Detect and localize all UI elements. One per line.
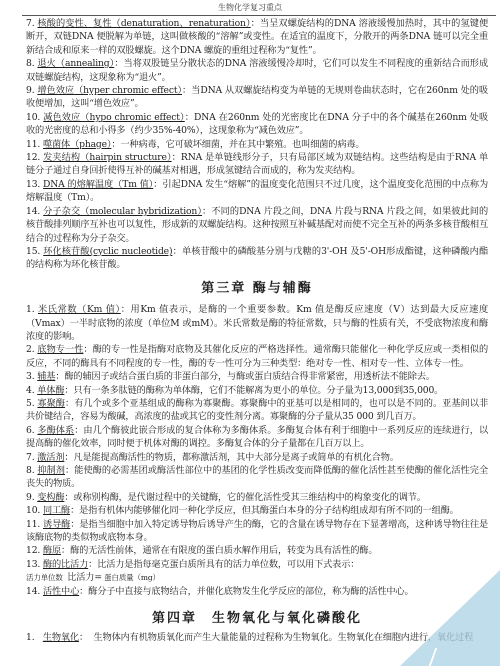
separator: ： [172,152,181,163]
term: 生物氧化 [43,632,79,643]
term: DNA 的熔解温度（Tm 值） [43,179,153,190]
item-number: 6. [26,425,34,436]
definition-text: 酶的专一性是指酶对底物及其催化反应的严格选择性。通常酶只能催化一种化学反应或一类… [26,344,488,368]
term: 发夹结构（hairpin structure） [43,152,171,163]
item-number: 8. [26,465,34,476]
term: 寡聚酶 [37,398,65,409]
definition-item: 11. 噬菌体（phage）：一种病毒，它可破坏细菌，并在其中繁殖。也叫细菌的病… [26,138,488,151]
definition-item: 15. 环化核苷酸(cyclic nucleotide)：单核苷酸中的磷酸基分别… [26,245,488,272]
definition-text: 一种病毒，它可破坏细菌，并在其中繁殖。也叫细菌的病毒。 [120,139,364,150]
term: 变构酶 [37,492,64,503]
separator: ： [61,545,70,556]
separator: ： [79,586,88,597]
formula-label: 比活力= [67,572,102,583]
definition-text: 或称别构酶，是代谢过程中的关键酶，它的催化活性受其三维结构中的构象变化的调节。 [73,492,425,503]
separator: ： [88,559,97,570]
separator: ： [202,206,211,217]
term: 诱导酶 [43,519,70,530]
separator: ： [65,398,74,409]
separator: ： [182,85,191,96]
separator: ： [83,344,92,355]
term: 噬菌体（phage） [43,139,111,150]
definition-item: 3. 辅基：酶的辅因子或结合蛋白质的非蛋白部分，与酶或蛋白质结合得非常紧密，用透… [26,370,488,383]
definition-item: 2. 底物专一性：酶的专一性是指酶对底物及其催化反应的严格选择性。通常酶只能催化… [26,343,488,370]
definition-text: 有几个或多个亚基组成的酶称为寡聚酶。寡聚酶中的亚基可以是相同的，也可以是不同的。… [26,398,488,422]
definition-text: 比活力是指每毫克蛋白质所具有的活力单位数，可以用下式表示： [97,559,359,570]
chapter2-items: 7. 核酸的变性、复性（denaturation、renaturation）：当… [26,17,488,272]
term: 抑制剂 [37,465,65,476]
item-number: 7. [26,18,34,29]
item-number: 12. [26,152,40,163]
item-number: 7. [26,452,34,463]
item-number: 8. [26,58,34,69]
term: 增色效应（hyper chromic effect） [37,85,182,96]
term: 环化核苷酸(cyclic nucleotide) [43,246,172,257]
separator: ： [70,505,79,516]
definition-item: 9. 增色效应（hyper chromic effect）：当DNA 从双螺旋结… [26,84,488,111]
term: 底物专一性 [37,344,83,355]
definition-item: 6. 多酶体系：由几个酶彼此嵌合形成的复合体称为多酶体系。多酶复合体有利于细胞中… [26,424,488,451]
definition-item: 7. 核酸的变性、复性（denaturation、renaturation）：当… [26,17,488,57]
definition-item: 13. DNA 的熔解温度（Tm 值）：引起DNA 发生“熔解”的温度变化范围只… [26,178,488,205]
item-number: 5. [26,398,34,409]
term: 米氏常数（Km 值） [38,304,121,315]
term: 酶原 [43,545,61,556]
term: 酶的比活力 [43,559,88,570]
separator: ： [79,632,88,643]
term: 核酸的变性、复性（denaturation、renaturation） [37,18,250,29]
separator: ： [185,112,194,123]
page-header-title: 生物化学复习重点 [0,2,500,13]
separator: ： [65,465,74,476]
item-number: 11. [26,139,40,150]
definition-item: 10. 同工酶：是指有机体内能够催化同一种化学反应，但其酶蛋白本身的分子结构组成… [26,504,488,517]
term: 同工酶 [43,505,70,516]
definition-text: 能使酶的必需基团或酶活性部位中的基团的化学性质改变而降低酶的催化活性甚至使酶的催… [26,465,488,489]
formula-numerator: 活力单位数 [26,573,63,582]
item-number: 14. [26,586,40,597]
definition-item: 12. 发夹结构（hairpin structure）：RNA 是单链线形分子，… [26,151,488,178]
item-number: 1. [26,304,34,315]
definition-text: 凡是能提高酶活性的物质，都称激活剂，其中大部分是离子或简单的有机化合物。 [73,452,398,463]
item-number: 4. [26,385,34,396]
definition-item: 8. 抑制剂：能使酶的必需基团或酶活性部位中的基团的化学性质改变而降低酶的催化活… [26,464,488,491]
chapter-title: 第三章 酶与辅酶 [26,282,488,295]
document-body: 7. 核酸的变性、复性（denaturation、renaturation）：当… [26,17,488,645]
term: 单体酶 [37,385,64,396]
definition-text: 是指当细胞中加入特定诱导物后诱导产生的酶，它的含量在诱导物存在下显著增高，这种诱… [26,519,488,543]
item-number: 9. [26,85,34,96]
definition-item: 1. 米氏常数（Km 值）：用Km 值表示，是酶的一个重要参数。Km 值是酶反应… [26,303,488,343]
term: 活性中心 [43,586,79,597]
term: 多酶体系 [37,425,74,436]
definition-text: 酶的辅因子或结合蛋白质的非蛋白部分，与酶或蛋白质结合得非常紧密，用透析法不能除去… [64,371,435,382]
formula-denominator: 蛋白质量（mg） [104,573,160,582]
item-number: 10. [26,112,40,123]
term: 辅基 [37,371,55,382]
definition-item: 8. 退火（annealing）：当将双股链呈分散状态的DNA 溶液缓慢冷却时，… [26,57,488,84]
item-number: 14. [26,206,40,217]
definition-item: 4. 单体酶：只有一条多肽链的酶称为单体酶，它们不能解离为更小的单位。分子量为1… [26,384,488,397]
item-number: 9. [26,492,34,503]
item-number: 13. [26,179,40,190]
separator: ： [251,18,260,29]
chapter3-items: 1. 米氏常数（Km 值）：用Km 值表示，是酶的一个重要参数。Km 值是酶反应… [26,303,488,598]
definition-item: 9. 变构酶：或称别构酶，是代谢过程中的关键酶，它的催化活性受其三维结构中的构象… [26,491,488,504]
item-number: 15. [26,246,40,257]
definition-text: 酶分子中直接与底物结合，并催化底物发生化学反应的部位，称为酶的活性中心。 [88,586,413,597]
term: 激活剂 [37,452,64,463]
term: 减色效应（hypo chromic effect） [43,112,185,123]
definition-text: 酶的无活性前体，通常在有限度的蛋白质水解作用后，转变为具有活性的酶。 [70,545,377,556]
header-divider [22,15,496,16]
term: 分子杂交（molecular hybridization） [43,206,202,217]
definition-item: 12. 酶原：酶的无活性前体，通常在有限度的蛋白质水解作用后，转变为具有活性的酶… [26,544,488,557]
term: 退火（annealing） [37,58,114,69]
item-number: 2. [26,344,34,355]
definition-text: 是指有机体内能够催化同一种化学反应，但其酶蛋白本身的分子结构组成却有所不同的一组… [79,505,459,516]
corner-watermark-triangle [400,570,500,666]
item-number: 10. [26,505,40,516]
definition-item: 14. 分子杂交（molecular hybridization）：不同的DNA… [26,205,488,245]
item-number: 13. [26,559,40,570]
definition-text: 由几个酶彼此嵌合形成的复合体称为多酶体系。多酶复合体有利于细胞中一系列反应的连续… [26,425,488,449]
item-number: 11. [26,519,40,530]
item-number: 3. [26,371,34,382]
separator: ： [70,519,79,530]
item-number: 1. [26,632,34,643]
item-number: 12. [26,545,40,556]
definition-text: 只有一条多肽链的酶称为单体酶，它们不能解离为更小的单位。分子量为13,000到3… [73,385,443,396]
definition-item: 11. 诱导酶：是指当细胞中加入特定诱导物后诱导产生的酶，它的含量在诱导物存在下… [26,518,488,545]
definition-item: 5. 寡聚酶：有几个或多个亚基组成的酶称为寡聚酶。寡聚酶中的亚基可以是相同的，也… [26,397,488,424]
separator: ： [114,58,123,69]
definition-item: 7. 激活剂：凡是能提高酶活性的物质，都称激活剂，其中大部分是离子或简单的有机化… [26,451,488,464]
separator: ： [172,246,182,257]
separator: ： [121,304,131,315]
definition-item: 10. 减色效应（hypo chromic effect）：DNA 在260nm… [26,111,488,138]
